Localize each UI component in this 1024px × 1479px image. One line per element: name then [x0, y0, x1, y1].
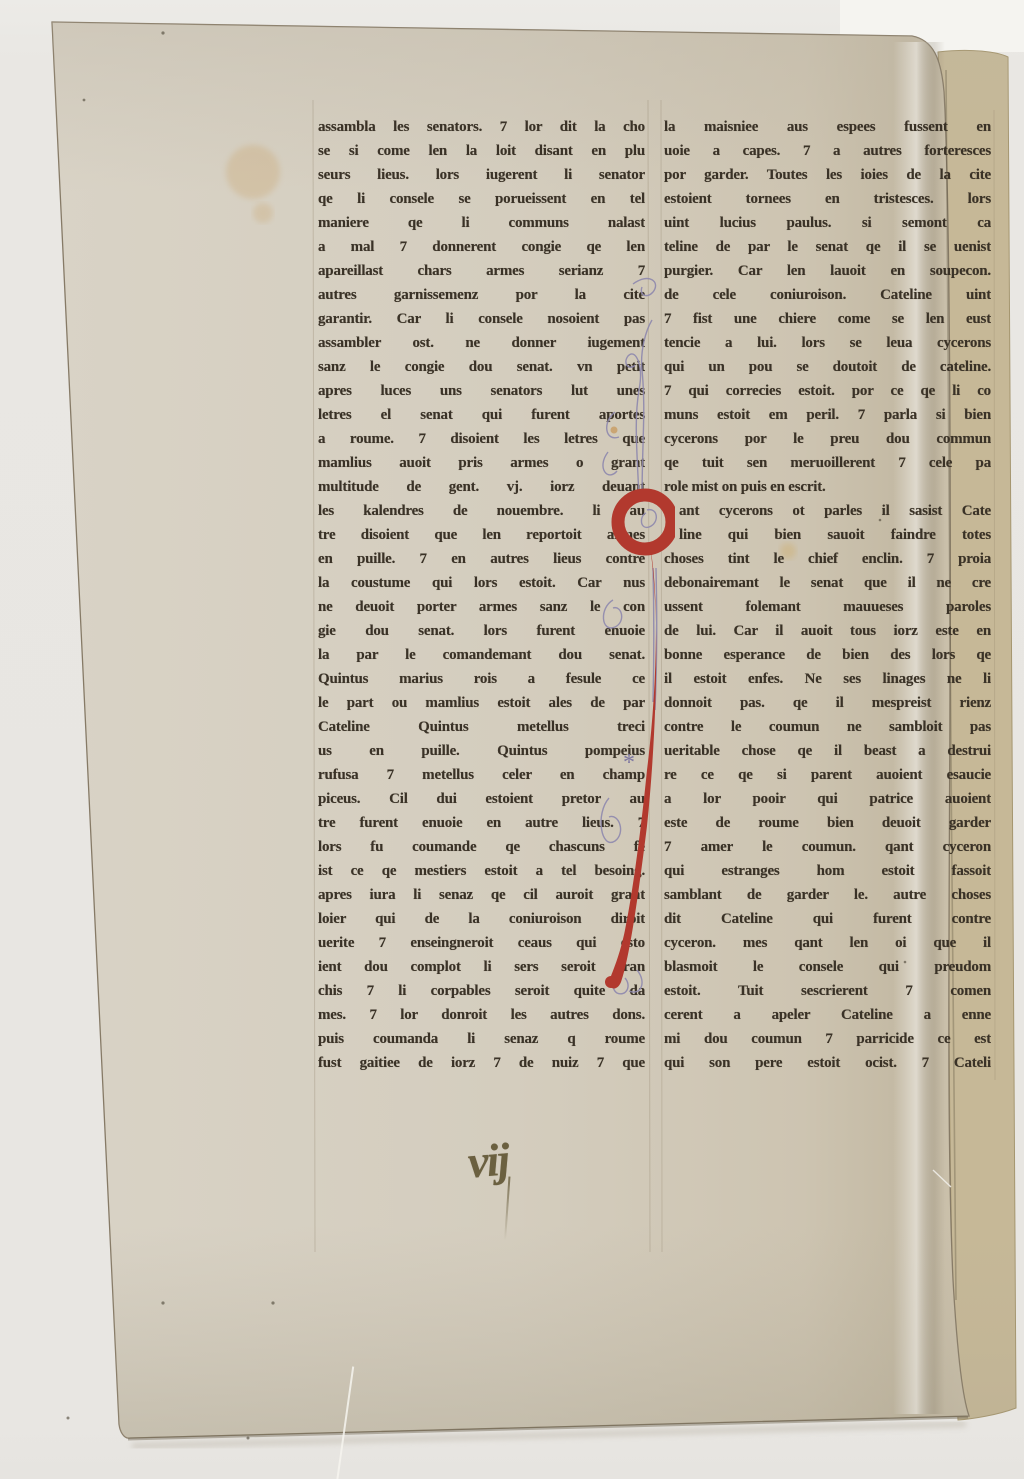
text-line: bonne esperance de bien des lors qe	[664, 644, 991, 668]
text-line: ant cycerons ot parles il sasist Cate	[664, 500, 991, 524]
text-line: por garder. Toutes les ioies de la cite	[664, 164, 991, 188]
text-line: maniere qe li communs nalast	[318, 212, 645, 236]
text-line: cerent a apeler Cateline a enne	[664, 1004, 991, 1028]
text-line: ueritable chose qe il beast a destrui	[664, 740, 991, 764]
text-line: donnoit pas. qe il mespreist rienz	[664, 692, 991, 716]
text-line: qe tuit sen meruoillerent 7 cele pa	[664, 452, 991, 476]
text-line: cyceron. mes qant len oi que il	[664, 932, 991, 956]
text-line: il estoit enfes. Ne ses linages ne li	[664, 668, 991, 692]
decorated-initial-q: *	[595, 270, 675, 1010]
text-line: 7 amer le coumun. qant cyceron	[664, 836, 991, 860]
text-line: role mist on puis en escrit.	[664, 476, 991, 500]
text-line: qui un pou se doutoit de cateline.	[664, 356, 991, 380]
text-line: dit Cateline qui furent contre	[664, 908, 991, 932]
text-line: 7 fist une chiere come se len eust	[664, 308, 991, 332]
text-line: puis coumanda li senaz q roume	[318, 1028, 645, 1052]
text-line: line qui bien sauoit faindre totes	[664, 524, 991, 548]
text-column-right: la maisniee aus espees fussent enuoie a …	[664, 116, 991, 1076]
text-line: 7 qui correcies estoit. por ce qe li co	[664, 380, 991, 404]
text-line: cycerons por le preu dou commun	[664, 428, 991, 452]
text-line: fust gaitiee de iorz 7 de nuiz 7 que	[318, 1052, 645, 1076]
text-line: choses tint le chief enclin. 7 proia	[664, 548, 991, 572]
text-line: qe li consele se porueissent en tel	[318, 188, 645, 212]
text-line: estoit. Tuit sescrierent 7 comen	[664, 980, 991, 1004]
text-line: samblant de garder le. autre choses	[664, 884, 991, 908]
parchment-stain	[226, 145, 280, 199]
text-line: teline de par le senat qe il se uenist	[664, 236, 991, 260]
text-line: uint lucius paulus. si semont ca	[664, 212, 991, 236]
text-line: assambla les senators. 7 lor dit la cho	[318, 116, 645, 140]
text-line: qui son pere estoit ocist. 7 Cateli	[664, 1052, 991, 1076]
initial-q-letter	[605, 495, 672, 989]
parchment-stain	[253, 203, 273, 223]
text-line: mi dou coumun 7 parricide ce est	[664, 1028, 991, 1052]
text-line: de cele coniuroison. Cateline uint	[664, 284, 991, 308]
penwork-flourish	[601, 279, 657, 994]
text-line: la maisniee aus espees fussent en	[664, 116, 991, 140]
text-line: a mal 7 donnerent congie qe len	[318, 236, 645, 260]
text-line: contre le coumun ne sambloit pas	[664, 716, 991, 740]
text-line: de lui. Car il auoit tous iorz este en	[664, 620, 991, 644]
text-line: a lor pooir qui patrice auoient	[664, 788, 991, 812]
quire-signature: vij	[466, 1132, 510, 1188]
text-line: seurs lieus. lors iugerent li senator	[318, 164, 645, 188]
text-line: purgier. Car len lauoit en soupecon.	[664, 260, 991, 284]
photo-background: assambla les senators. 7 lor dit la chos…	[0, 0, 1024, 1479]
text-line: uoie a capes. 7 a autres forteresces	[664, 140, 991, 164]
text-line: este de roume bien deuoit garder	[664, 812, 991, 836]
text-line: se si come len la loit disant en plu	[318, 140, 645, 164]
text-line: muns estoit em peril. 7 parla si bien	[664, 404, 991, 428]
text-line: debonairemant le senat que il ne cre	[664, 572, 991, 596]
asterisk-mark: *	[623, 750, 635, 776]
text-line: blasmoit le consele qui preudom	[664, 956, 991, 980]
text-line: qui estranges hom estoit fassoit	[664, 860, 991, 884]
text-line: ussent folemant mauueses paroles	[664, 596, 991, 620]
text-line: re ce qe si parent auoient esaucie	[664, 764, 991, 788]
text-line: estoient tornees en tristesces. lors	[664, 188, 991, 212]
text-line: tencie a lui. lors se leua cycerons	[664, 332, 991, 356]
